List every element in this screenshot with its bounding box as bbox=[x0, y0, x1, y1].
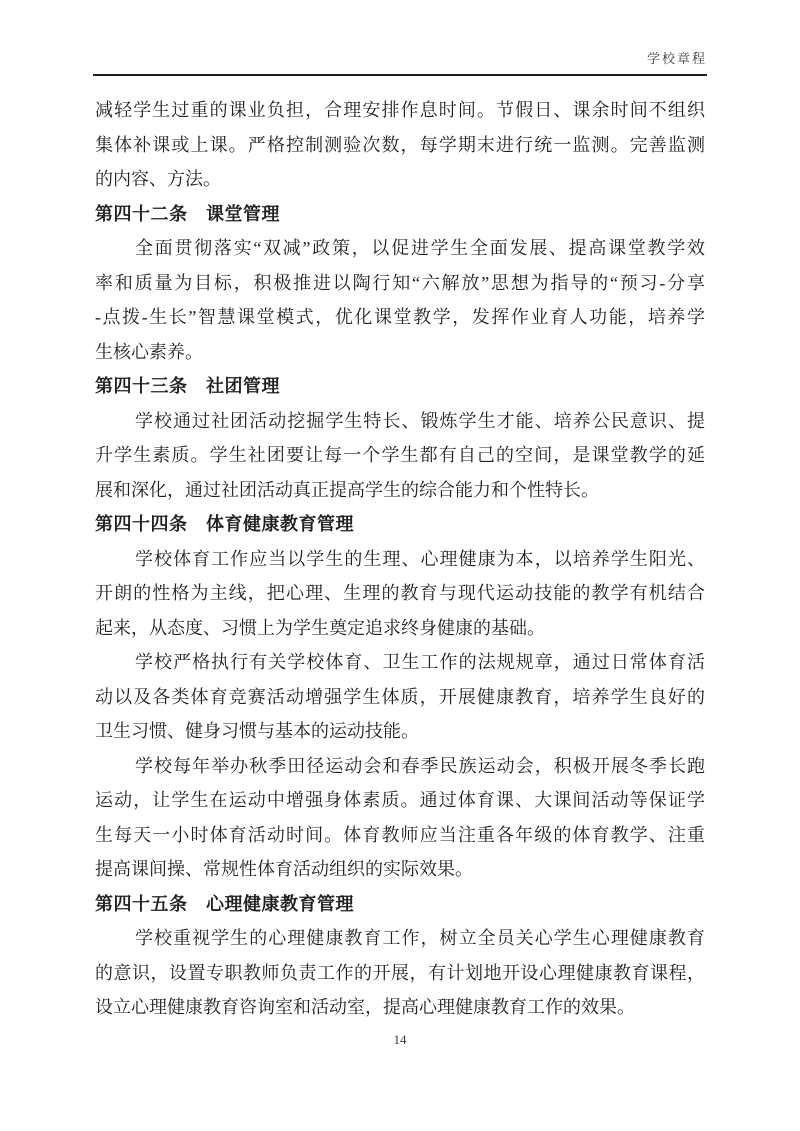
text-line: 学校重视学生的心理健康教育工作，树立全员关心学生心理健康教育 bbox=[95, 921, 705, 956]
text-line: 全面贯彻落实“双减”政策，以促进学生全面发展、提高课堂教学效 bbox=[95, 231, 705, 266]
text-line: 的意识，设置专职教师负责工作的开展，有计划地开设心理健康教育课程， bbox=[95, 956, 705, 991]
text-line: 学校每年举办秋季田径运动会和春季民族运动会，积极开展冬季长跑 bbox=[95, 749, 705, 784]
text-line: 减轻学生过重的课业负担，合理安排作息时间。节假日、课余时间不组织 bbox=[95, 93, 705, 128]
text-line: 动以及各类体育竞赛活动增强学生体质，开展健康教育，培养学生良好的 bbox=[95, 680, 705, 715]
document-page: 学校章程 减轻学生过重的课业负担，合理安排作息时间。节假日、课余时间不组织 集体… bbox=[0, 0, 800, 1131]
header-title: 学校章程 bbox=[647, 48, 707, 67]
page-number: 14 bbox=[0, 1032, 800, 1048]
text-line: 率和质量为目标，积极推进以陶行知“六解放”思想为指导的“预习-分享 bbox=[95, 266, 705, 301]
text-line: 学校体育工作应当以学生的生理、心理健康为本，以培养学生阳光、 bbox=[95, 542, 705, 577]
text-line: 升学生素质。学生社团要让每一个学生都有自己的空间，是课堂教学的延 bbox=[95, 438, 705, 473]
section-heading: 第四十四条 体育健康教育管理 bbox=[95, 507, 705, 542]
text-line: 起来，从态度、习惯上为学生奠定追求终身健康的基础。 bbox=[95, 611, 705, 646]
text-line: 运动，让学生在运动中增强身体素质。通过体育课、大课间活动等保证学 bbox=[95, 783, 705, 818]
section-heading: 第四十二条 课堂管理 bbox=[95, 197, 705, 232]
text-line: 的内容、方法。 bbox=[95, 162, 705, 197]
text-line: 开朗的性格为主线，把心理、生理的教育与现代运动技能的教学有机结合 bbox=[95, 576, 705, 611]
document-body: 减轻学生过重的课业负担，合理安排作息时间。节假日、课余时间不组织 集体补课或上课… bbox=[95, 93, 705, 1025]
text-line: 学校通过社团活动挖掘学生特长、锻炼学生才能、培养公民意识、提 bbox=[95, 404, 705, 439]
text-line: 学校严格执行有关学校体育、卫生工作的法规规章，通过日常体育活 bbox=[95, 645, 705, 680]
text-line: 展和深化，通过社团活动真正提高学生的综合能力和个性特长。 bbox=[95, 473, 705, 508]
text-line: 生核心素养。 bbox=[95, 335, 705, 370]
text-line: 提高课间操、常规性体育活动组织的实际效果。 bbox=[95, 852, 705, 887]
text-line: -点拨-生长”智慧课堂模式，优化课堂教学，发挥作业育人功能，培养学 bbox=[95, 300, 705, 335]
text-line: 设立心理健康教育咨询室和活动室，提高心理健康教育工作的效果。 bbox=[95, 990, 705, 1025]
text-line: 生每天一小时体育活动时间。体育教师应当注重各年级的体育教学、注重 bbox=[95, 818, 705, 853]
text-line: 集体补课或上课。严格控制测验次数，每学期末进行统一监测。完善监测 bbox=[95, 128, 705, 163]
text-line: 卫生习惯、健身习惯与基本的运动技能。 bbox=[95, 714, 705, 749]
section-heading: 第四十五条 心理健康教育管理 bbox=[95, 887, 705, 922]
header-rule bbox=[93, 74, 707, 76]
section-heading: 第四十三条 社团管理 bbox=[95, 369, 705, 404]
